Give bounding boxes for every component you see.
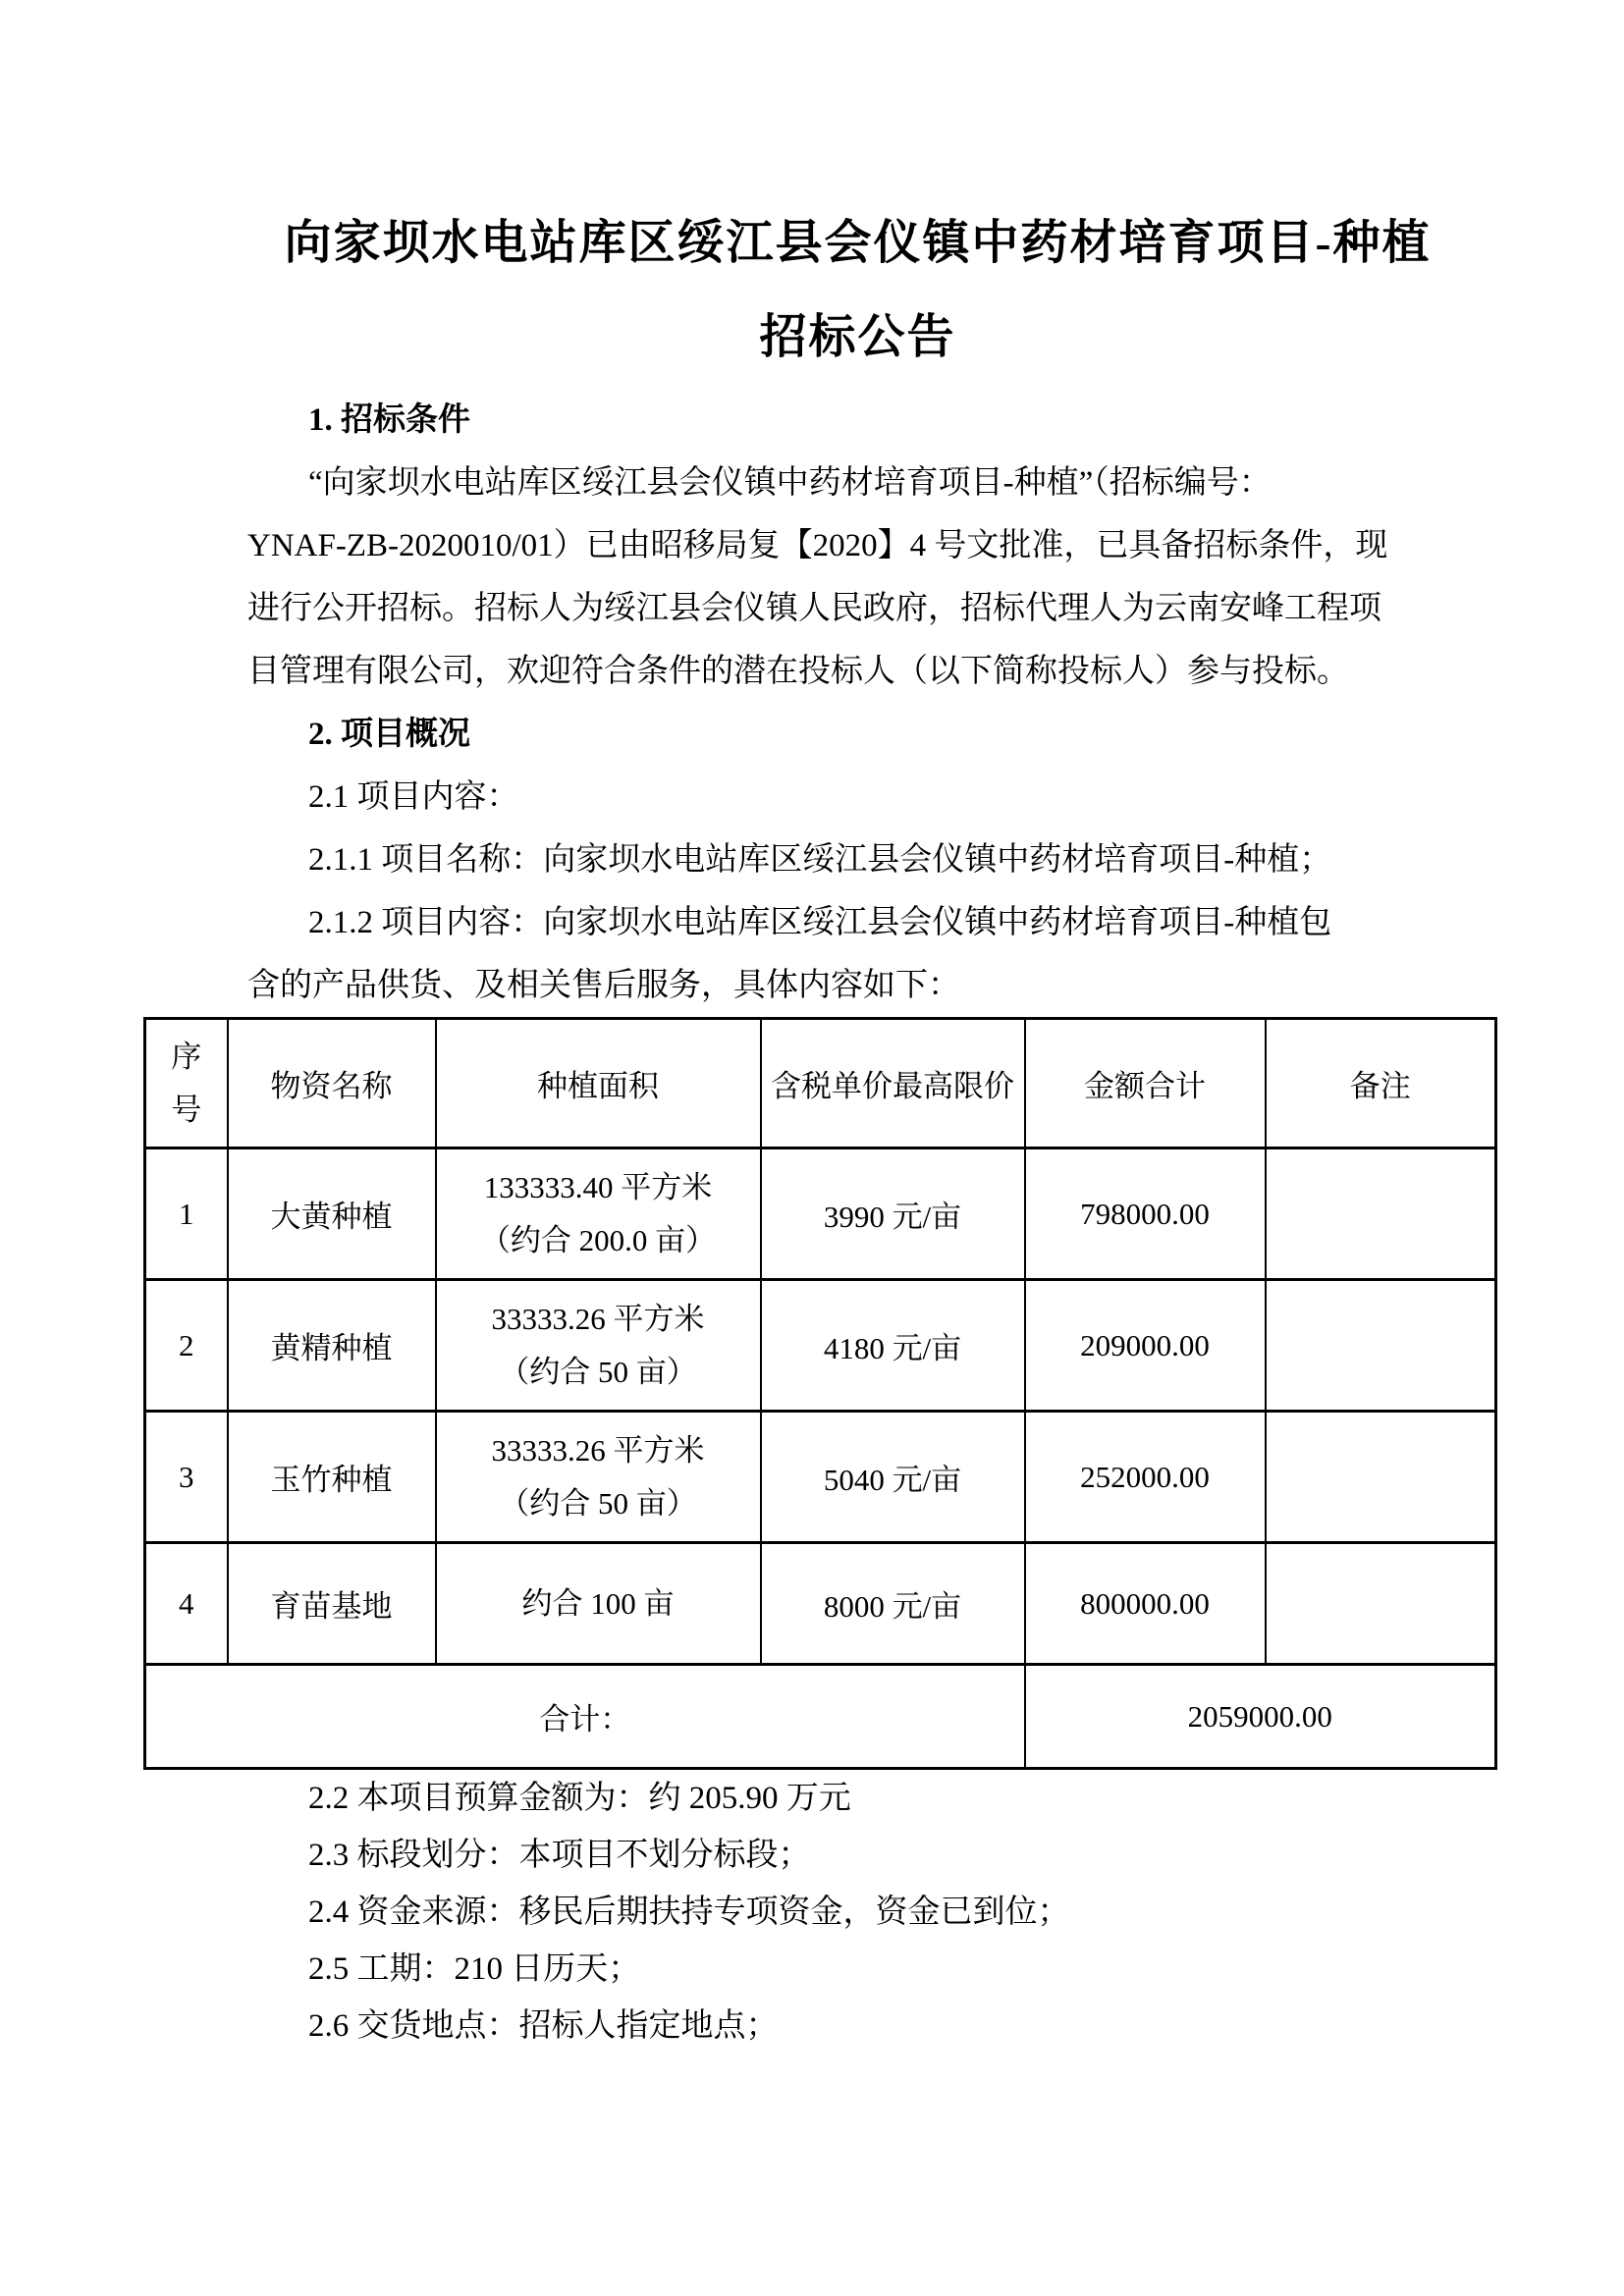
remark-cell — [1266, 1280, 1496, 1412]
items-table: 序号 物资名称 种植面积 含税单价最高限价 金额合计 备注 1 大黄种植 133… — [143, 1017, 1497, 1770]
paragraph-line: “向家坝水电站库区绥江县会仪镇中药材培育项目-种植”（招标编号： — [247, 452, 1468, 514]
document-page: 向家坝水电站库区绥江县会仪镇中药材培育项目-种植 招标公告 1. 招标条件 “向… — [0, 0, 1624, 2296]
area-line-1: 33333.26 平方米 — [437, 1424, 760, 1477]
paragraph-line: YNAF-ZB-2020010/01）已由昭移局复【2020】4 号文批准，已具… — [247, 514, 1468, 577]
header-cell-no: 序号 — [145, 1019, 228, 1148]
area-cell: 33333.26 平方米 （约合 50 亩） — [436, 1412, 761, 1543]
name-cell: 育苗基地 — [228, 1543, 436, 1665]
item-2-1-1: 2.1.1 项目名称：向家坝水电站库区绥江县会仪镇中药材培育项目-种植； — [247, 828, 1468, 891]
doc-title-line-2: 招标公告 — [247, 291, 1468, 385]
header-cell-remark: 备注 — [1266, 1019, 1496, 1148]
table-header-row: 序号 物资名称 种植面积 含税单价最高限价 金额合计 备注 — [145, 1019, 1496, 1148]
area-line-2: （约合 50 亩） — [437, 1346, 760, 1399]
table-row: 4 育苗基地 约合 100 亩 8000 元/亩 800000.00 — [145, 1543, 1496, 1665]
item-2-3: 2.3 标段划分：本项目不划分标段； — [247, 1827, 1468, 1884]
paragraph-line: 2.1.2 项目内容：向家坝水电站库区绥江县会仪镇中药材培育项目-种植包 — [247, 891, 1468, 954]
total-row: 合计： 2059000.00 — [145, 1665, 1496, 1769]
header-label: 序号 — [169, 1031, 204, 1137]
total-label-cell: 合计： — [145, 1665, 1025, 1769]
section2-heading: 2. 项目概况 — [247, 703, 1468, 766]
amount-cell: 252000.00 — [1025, 1412, 1266, 1543]
section1-heading: 1. 招标条件 — [247, 389, 1468, 452]
area-cell: 33333.26 平方米 （约合 50 亩） — [436, 1280, 761, 1412]
paragraph-line: 含的产品供货、及相关售后服务，具体内容如下： — [247, 954, 1468, 1017]
item-2-1-2-paragraph: 2.1.2 项目内容：向家坝水电站库区绥江县会仪镇中药材培育项目-种植包 含的产… — [247, 891, 1468, 1017]
header-cell-area: 种植面积 — [436, 1019, 761, 1148]
unit-price-cell: 3990 元/亩 — [761, 1148, 1025, 1280]
no-cell: 2 — [145, 1280, 228, 1412]
section2-items-after-table: 2.2 本项目预算金额为：约 205.90 万元 2.3 标段划分：本项目不划分… — [247, 1770, 1468, 2055]
area-cell: 133333.40 平方米 （约合 200.0 亩） — [436, 1148, 761, 1280]
header-cell-unit-price: 含税单价最高限价 — [761, 1019, 1025, 1148]
amount-cell: 798000.00 — [1025, 1148, 1266, 1280]
doc-title-line-1: 向家坝水电站库区绥江县会仪镇中药材培育项目-种植 — [247, 196, 1468, 291]
paragraph-line: 进行公开招标。招标人为绥江县会仪镇人民政府，招标代理人为云南安峰工程项 — [247, 577, 1468, 640]
item-2-4: 2.4 资金来源：移民后期扶持专项资金，资金已到位； — [247, 1884, 1468, 1941]
paragraph-line: 目管理有限公司，欢迎符合条件的潜在投标人（以下简称投标人）参与投标。 — [247, 640, 1468, 703]
name-cell: 黄精种植 — [228, 1280, 436, 1412]
amount-cell: 209000.00 — [1025, 1280, 1266, 1412]
item-2-5: 2.5 工期：210 日历天； — [247, 1941, 1468, 1998]
doc-title: 向家坝水电站库区绥江县会仪镇中药材培育项目-种植 招标公告 — [247, 196, 1468, 385]
area-line-1: 133333.40 平方米 — [437, 1161, 760, 1214]
table-row: 1 大黄种植 133333.40 平方米 （约合 200.0 亩） 3990 元… — [145, 1148, 1496, 1280]
area-cell: 约合 100 亩 — [436, 1543, 761, 1665]
section1-paragraph: “向家坝水电站库区绥江县会仪镇中药材培育项目-种植”（招标编号： YNAF-ZB… — [247, 452, 1468, 703]
area-line-2: （约合 200.0 亩） — [437, 1214, 760, 1267]
name-cell: 玉竹种植 — [228, 1412, 436, 1543]
remark-cell — [1266, 1148, 1496, 1280]
area-line-1: 约合 100 亩 — [437, 1577, 760, 1630]
table-row: 3 玉竹种植 33333.26 平方米 （约合 50 亩） 5040 元/亩 2… — [145, 1412, 1496, 1543]
amount-cell: 800000.00 — [1025, 1543, 1266, 1665]
area-line-2: （约合 50 亩） — [437, 1477, 760, 1530]
header-cell-name: 物资名称 — [228, 1019, 436, 1148]
item-2-1: 2.1 项目内容： — [247, 766, 1468, 828]
remark-cell — [1266, 1543, 1496, 1665]
no-cell: 4 — [145, 1543, 228, 1665]
total-amount-cell: 2059000.00 — [1025, 1665, 1496, 1769]
item-2-6: 2.6 交货地点：招标人指定地点； — [247, 1998, 1468, 2055]
remark-cell — [1266, 1412, 1496, 1543]
name-cell: 大黄种植 — [228, 1148, 436, 1280]
unit-price-cell: 4180 元/亩 — [761, 1280, 1025, 1412]
unit-price-cell: 5040 元/亩 — [761, 1412, 1025, 1543]
header-cell-amount: 金额合计 — [1025, 1019, 1266, 1148]
table-row: 2 黄精种植 33333.26 平方米 （约合 50 亩） 4180 元/亩 2… — [145, 1280, 1496, 1412]
no-cell: 3 — [145, 1412, 228, 1543]
unit-price-cell: 8000 元/亩 — [761, 1543, 1025, 1665]
area-line-1: 33333.26 平方米 — [437, 1293, 760, 1346]
item-2-2: 2.2 本项目预算金额为：约 205.90 万元 — [247, 1770, 1468, 1827]
no-cell: 1 — [145, 1148, 228, 1280]
